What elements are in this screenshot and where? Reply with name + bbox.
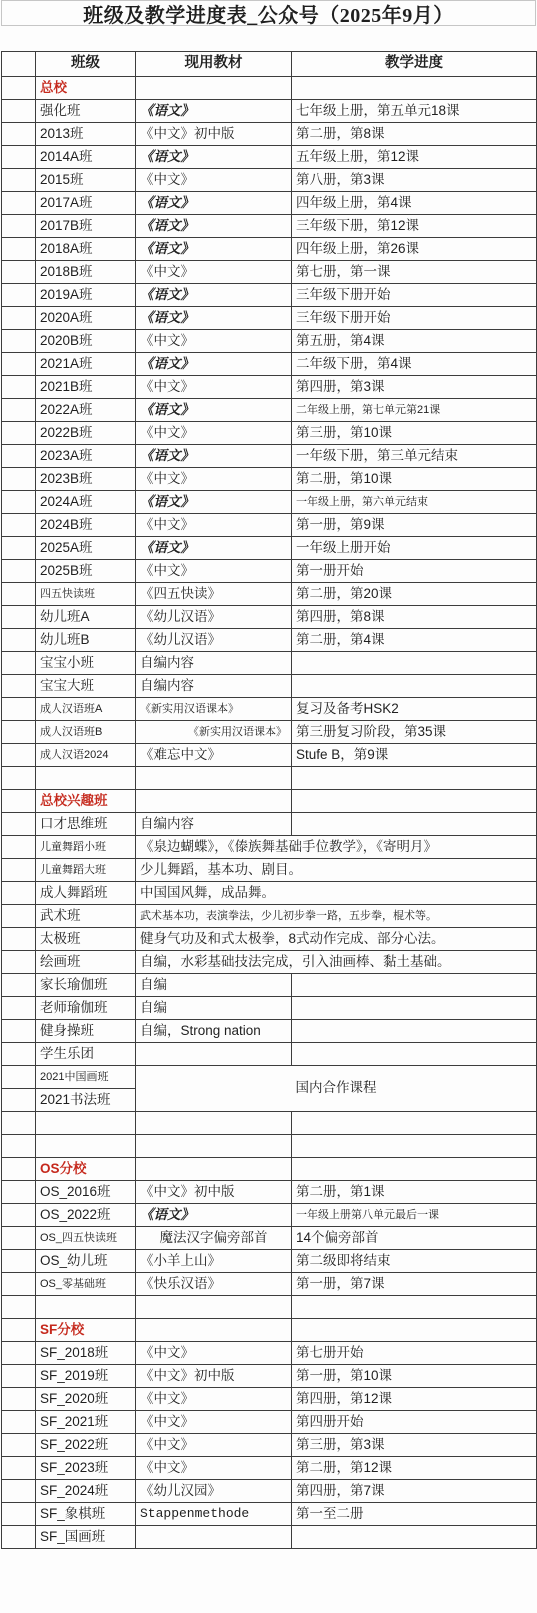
textbook-cell	[136, 1135, 292, 1158]
row-edge-cell	[2, 192, 36, 215]
table-row: 2022B班《中文》第三册，第10课	[2, 422, 537, 445]
table-row: SF_2021班《中文》第四册开始	[2, 1411, 537, 1434]
textbook-cell: 《中文》	[136, 376, 292, 399]
textbook-cell: 《语文》	[136, 215, 292, 238]
textbook-cell: 魔法汉字偏旁部首	[136, 1227, 292, 1250]
row-edge-cell	[2, 399, 36, 422]
table-row: SF_2024班《幼儿汉园》第四册，第7课	[2, 1480, 537, 1503]
textbook-cell: 自编内容	[136, 675, 292, 698]
table-row: 2025A班《语文》一年级上册开始	[2, 537, 537, 560]
class-name-cell	[36, 1296, 136, 1319]
section-row: 总校	[2, 77, 537, 100]
progress-cell: 第四册开始	[292, 1411, 537, 1434]
class-name-cell: 2024B班	[36, 514, 136, 537]
row-edge-cell	[2, 468, 36, 491]
row-edge-cell	[2, 767, 36, 790]
row-edge-cell	[2, 123, 36, 146]
class-name-cell: 2024A班	[36, 491, 136, 514]
textbook-cell: 自编，Strong nation	[136, 1020, 292, 1043]
row-edge-cell	[2, 905, 36, 928]
spacer-row	[2, 1112, 537, 1135]
textbook-cell: 《语文》	[136, 445, 292, 468]
class-name-cell: SF_2019班	[36, 1365, 136, 1388]
class-name-cell: 幼儿班B	[36, 629, 136, 652]
progress-cell: 第二册，第20课	[292, 583, 537, 606]
class-name-cell: 儿童舞蹈小班	[36, 836, 136, 859]
textbook-cell: 《新实用汉语课本》	[136, 698, 292, 721]
textbook-cell: 《难忘中文》	[136, 744, 292, 767]
table-row: SF_国画班	[2, 1526, 537, 1549]
class-name-cell: SF_2022班	[36, 1434, 136, 1457]
table-body: 总校强化班《语文》七年级上册，第五单元18课2013班《中文》初中版第二册，第8…	[2, 77, 537, 1549]
progress-cell	[292, 1135, 537, 1158]
row-edge-cell	[2, 514, 36, 537]
table-row: 2024B班《中文》第一册，第9课	[2, 514, 537, 537]
row-edge-cell	[2, 445, 36, 468]
class-name-cell: 健身操班	[36, 1020, 136, 1043]
progress-cell: 一年级上册，第六单元结束	[292, 491, 537, 514]
class-name-cell: OS_四五快读班	[36, 1227, 136, 1250]
row-edge-cell	[2, 1181, 36, 1204]
row-edge-cell	[2, 1296, 36, 1319]
textbook-cell: 《语文》	[136, 100, 292, 123]
progress-cell: 第八册，第3课	[292, 169, 537, 192]
textbook-cell: 《中文》	[136, 1411, 292, 1434]
textbook-cell: 《幼儿汉语》	[136, 606, 292, 629]
row-edge-cell	[2, 1043, 36, 1066]
class-name-cell: OS_2022班	[36, 1204, 136, 1227]
progress-cell: 第二册，第1课	[292, 1181, 537, 1204]
table-row: 2013班《中文》初中版第二册，第8课	[2, 123, 537, 146]
class-name-cell	[36, 1135, 136, 1158]
progress-table: 班级 现用教材 教学进度 总校强化班《语文》七年级上册，第五单元18课2013班…	[1, 51, 537, 1549]
textbook-cell	[136, 1112, 292, 1135]
table-row: 成人舞蹈班中国国风舞，成品舞。	[2, 882, 537, 905]
class-name-cell: SF_2021班	[36, 1411, 136, 1434]
progress-cell	[292, 767, 537, 790]
merged-content-cell: 少儿舞蹈，基本功、剧目。	[136, 859, 537, 882]
textbook-cell: 《中文》初中版	[136, 123, 292, 146]
progress-cell	[292, 77, 537, 100]
class-name-cell: 成人汉语班B	[36, 721, 136, 744]
merged-content-cell: 自编，水彩基础技法完成，引入油画棒、黏土基础。	[136, 951, 537, 974]
class-name-cell: 2017A班	[36, 192, 136, 215]
row-edge-cell	[2, 560, 36, 583]
class-name-cell: 2022B班	[36, 422, 136, 445]
row-edge-cell	[2, 100, 36, 123]
textbook-cell: 《四五快读》	[136, 583, 292, 606]
progress-cell	[292, 1296, 537, 1319]
row-edge-cell	[2, 1089, 36, 1112]
row-edge-cell	[2, 1250, 36, 1273]
row-edge-cell	[2, 997, 36, 1020]
class-name-cell: 2021书法班	[36, 1089, 136, 1112]
textbook-cell: 《语文》	[136, 1204, 292, 1227]
class-name-cell: 成人汉语2024	[36, 744, 136, 767]
spacer-row	[2, 1296, 537, 1319]
row-edge-cell	[2, 422, 36, 445]
table-row: SF_2022班《中文》第三册，第3课	[2, 1434, 537, 1457]
textbook-cell: 《语文》	[136, 192, 292, 215]
class-name-cell: 2025B班	[36, 560, 136, 583]
row-edge-cell	[2, 882, 36, 905]
class-name-cell: 2020A班	[36, 307, 136, 330]
table-row: 宝宝小班自编内容	[2, 652, 537, 675]
textbook-cell: 《幼儿汉园》	[136, 1480, 292, 1503]
table-row: 2024A班《语文》一年级上册，第六单元结束	[2, 491, 537, 514]
row-edge-cell	[2, 77, 36, 100]
table-header: 班级 现用教材 教学进度	[2, 52, 537, 77]
row-edge-cell	[2, 1457, 36, 1480]
table-row: OS_四五快读班魔法汉字偏旁部首14个偏旁部首	[2, 1227, 537, 1250]
table-row: 幼儿班A《幼儿汉语》第四册，第8课	[2, 606, 537, 629]
table-row: 四五快读班《四五快读》第二册，第20课	[2, 583, 537, 606]
row-edge-cell	[2, 1135, 36, 1158]
progress-cell: 二年级上册，第七单元第21课	[292, 399, 537, 422]
textbook-cell: 《语文》	[136, 491, 292, 514]
class-name-cell: 宝宝小班	[36, 652, 136, 675]
class-name-cell: 2025A班	[36, 537, 136, 560]
class-name-cell: OS_幼儿班	[36, 1250, 136, 1273]
row-edge-cell	[2, 169, 36, 192]
progress-cell	[292, 813, 537, 836]
section-row: SF分校	[2, 1319, 537, 1342]
class-name-cell: 强化班	[36, 100, 136, 123]
table-row: 2022A班《语文》二年级上册，第七单元第21课	[2, 399, 537, 422]
table-row: SF_2023班《中文》第二册，第12课	[2, 1457, 537, 1480]
class-name-cell: 绘画班	[36, 951, 136, 974]
table-row: 家长瑜伽班自编	[2, 974, 537, 997]
table-row: OS_幼儿班《小羊上山》第二级即将结束	[2, 1250, 537, 1273]
progress-cell	[292, 1043, 537, 1066]
table-row: 幼儿班B《幼儿汉语》第二册，第4课	[2, 629, 537, 652]
row-edge-cell	[2, 790, 36, 813]
class-name-cell: 2021中国画班	[36, 1066, 136, 1089]
class-name-cell: 2023A班	[36, 445, 136, 468]
textbook-cell: 《中文》初中版	[136, 1365, 292, 1388]
class-name-cell: OS_2016班	[36, 1181, 136, 1204]
textbook-cell	[136, 1296, 292, 1319]
progress-cell	[292, 652, 537, 675]
table-row: 学生乐团	[2, 1043, 537, 1066]
table-row: 老师瑜伽班自编	[2, 997, 537, 1020]
row-edge-cell	[2, 721, 36, 744]
header-progress-column: 教学进度	[292, 52, 537, 77]
table-row: 2019A班《语文》三年级下册开始	[2, 284, 537, 307]
row-edge-cell	[2, 215, 36, 238]
row-edge-cell	[2, 1365, 36, 1388]
progress-cell: 二年级下册，第4课	[292, 353, 537, 376]
title-table-gap	[1, 26, 536, 51]
textbook-cell: 《中文》	[136, 1434, 292, 1457]
class-name-cell: SF_国画班	[36, 1526, 136, 1549]
class-name-cell: SF_2020班	[36, 1388, 136, 1411]
class-name-cell: 2013班	[36, 123, 136, 146]
row-edge-cell	[2, 836, 36, 859]
row-edge-cell	[2, 1388, 36, 1411]
textbook-cell: 《中文》	[136, 422, 292, 445]
table-row: 2021B班《中文》第四册，第3课	[2, 376, 537, 399]
header-edge-cell	[2, 52, 36, 77]
table-row: 成人汉语班A《新实用汉语课本》复习及备考HSK2	[2, 698, 537, 721]
merged-content-cell: 中国国风舞，成品舞。	[136, 882, 537, 905]
table-row: 成人汉语班B《新实用汉语课本》第三册复习阶段，第35课	[2, 721, 537, 744]
class-name-cell: 2019A班	[36, 284, 136, 307]
class-name-cell: 2015班	[36, 169, 136, 192]
table-row: 2014A班《语文》五年级上册，第12课	[2, 146, 537, 169]
progress-cell: 第一册，第9课	[292, 514, 537, 537]
progress-cell: 第二册，第12课	[292, 1457, 537, 1480]
table-row: 儿童舞蹈小班《泉边蝴蝶》，《傣族舞基础手位教学》，《寄明月》	[2, 836, 537, 859]
section-label-cell: OS分校	[36, 1158, 136, 1181]
row-edge-cell	[2, 606, 36, 629]
row-edge-cell	[2, 1411, 36, 1434]
section-row: OS分校	[2, 1158, 537, 1181]
textbook-cell: 《语文》	[136, 146, 292, 169]
table-row: SF_2018班《中文》第七册开始	[2, 1342, 537, 1365]
row-edge-cell	[2, 813, 36, 836]
row-edge-cell	[2, 1204, 36, 1227]
progress-cell: 第一册，第10课	[292, 1365, 537, 1388]
class-name-cell: 学生乐团	[36, 1043, 136, 1066]
textbook-cell: 自编	[136, 974, 292, 997]
merged-content-cell: 武术基本功，表演拳法，少儿初步拳一路，五步拳，棍术等。	[136, 905, 537, 928]
row-edge-cell	[2, 261, 36, 284]
textbook-cell: 《语文》	[136, 284, 292, 307]
row-edge-cell	[2, 1526, 36, 1549]
section-label-cell: SF分校	[36, 1319, 136, 1342]
textbook-cell: 《中文》	[136, 1457, 292, 1480]
progress-cell	[292, 1526, 537, 1549]
class-name-cell: SF_2018班	[36, 1342, 136, 1365]
progress-table-page: 班级及教学进度表_公众号（2025年9月） 班级 现用教材 教学进度 总校强化班…	[0, 0, 537, 1613]
section-row: 总校兴趣班	[2, 790, 537, 813]
class-name-cell: 2023B班	[36, 468, 136, 491]
row-edge-cell	[2, 928, 36, 951]
row-edge-cell	[2, 376, 36, 399]
class-name-cell: 家长瑜伽班	[36, 974, 136, 997]
group-merged-cell: 国内合作课程	[136, 1066, 537, 1112]
row-edge-cell	[2, 698, 36, 721]
progress-cell	[292, 675, 537, 698]
row-edge-cell	[2, 330, 36, 353]
class-name-cell: 成人舞蹈班	[36, 882, 136, 905]
textbook-cell: 《中文》	[136, 560, 292, 583]
progress-cell	[292, 997, 537, 1020]
row-edge-cell	[2, 1342, 36, 1365]
progress-cell: 一年级上册第八单元最后一课	[292, 1204, 537, 1227]
textbook-cell: 《幼儿汉语》	[136, 629, 292, 652]
textbook-cell	[136, 77, 292, 100]
table-row: 口才思维班自编内容	[2, 813, 537, 836]
row-edge-cell	[2, 951, 36, 974]
progress-cell: 第二册，第4课	[292, 629, 537, 652]
row-edge-cell	[2, 146, 36, 169]
textbook-cell: 《语文》	[136, 537, 292, 560]
class-name-cell: 宝宝大班	[36, 675, 136, 698]
progress-cell: 第四册，第3课	[292, 376, 537, 399]
table-row: 2017B班《语文》三年级下册，第12课	[2, 215, 537, 238]
progress-cell: 三年级下册开始	[292, 284, 537, 307]
row-edge-cell	[2, 1434, 36, 1457]
textbook-cell: 自编内容	[136, 652, 292, 675]
row-edge-cell	[2, 652, 36, 675]
table-row: 2023A班《语文》一年级下册，第三单元结束	[2, 445, 537, 468]
row-edge-cell	[2, 1227, 36, 1250]
class-name-cell: 2018A班	[36, 238, 136, 261]
progress-cell: 第三册，第3课	[292, 1434, 537, 1457]
table-row: 2017A班《语文》四年级上册，第4课	[2, 192, 537, 215]
textbook-cell: 《语文》	[136, 353, 292, 376]
class-name-cell	[36, 767, 136, 790]
progress-cell: 第一册，第7课	[292, 1273, 537, 1296]
table-row: OS_2016班《中文》初中版第二册，第1课	[2, 1181, 537, 1204]
progress-cell: 三年级下册，第12课	[292, 215, 537, 238]
progress-cell	[292, 790, 537, 813]
table-row: SF_2019班《中文》初中版第一册，第10课	[2, 1365, 537, 1388]
class-name-cell: 2018B班	[36, 261, 136, 284]
table-row: 2023B班《中文》第二册，第10课	[2, 468, 537, 491]
table-row: 强化班《语文》七年级上册，第五单元18课	[2, 100, 537, 123]
table-row: 2018B班《中文》第七册，第一课	[2, 261, 537, 284]
row-edge-cell	[2, 1020, 36, 1043]
textbook-cell: 《中文》	[136, 514, 292, 537]
table-row: 宝宝大班自编内容	[2, 675, 537, 698]
section-label-cell: 总校兴趣班	[36, 790, 136, 813]
row-edge-cell	[2, 1480, 36, 1503]
table-row: 儿童舞蹈大班少儿舞蹈，基本功、剧目。	[2, 859, 537, 882]
class-name-cell: 口才思维班	[36, 813, 136, 836]
progress-cell	[292, 1020, 537, 1043]
textbook-cell: 《语文》	[136, 307, 292, 330]
textbook-cell: 《中文》	[136, 1342, 292, 1365]
progress-cell: 四年级上册，第4课	[292, 192, 537, 215]
progress-cell: 第一册开始	[292, 560, 537, 583]
progress-cell: 第三册复习阶段，第35课	[292, 721, 537, 744]
textbook-cell	[136, 1526, 292, 1549]
class-name-cell: 成人汉语班A	[36, 698, 136, 721]
row-edge-cell	[2, 744, 36, 767]
progress-cell	[292, 974, 537, 997]
textbook-cell: 自编	[136, 997, 292, 1020]
progress-cell: 复习及备考HSK2	[292, 698, 537, 721]
row-edge-cell	[2, 284, 36, 307]
progress-cell: 五年级上册，第12课	[292, 146, 537, 169]
table-row: 2025B班《中文》第一册开始	[2, 560, 537, 583]
table-row: 2021中国画班国内合作课程	[2, 1066, 537, 1089]
table-row: 太极班健身气功及和式太极拳，8式动作完成、部分心法。	[2, 928, 537, 951]
table-row: 成人汉语2024《难忘中文》Stufe B，第9课	[2, 744, 537, 767]
progress-cell: Stufe B，第9课	[292, 744, 537, 767]
row-edge-cell	[2, 859, 36, 882]
row-edge-cell	[2, 537, 36, 560]
table-row: SF_象棋班Stappenmethode第一至二册	[2, 1503, 537, 1526]
class-name-cell: 2022A班	[36, 399, 136, 422]
textbook-cell: 《中文》	[136, 468, 292, 491]
table-row: SF_2020班《中文》第四册，第12课	[2, 1388, 537, 1411]
progress-cell: 四年级上册，第26课	[292, 238, 537, 261]
textbook-cell: 《中文》	[136, 261, 292, 284]
progress-cell: 第四册，第8课	[292, 606, 537, 629]
row-edge-cell	[2, 1066, 36, 1089]
progress-cell	[292, 1112, 537, 1135]
progress-cell: 第四册，第7课	[292, 1480, 537, 1503]
row-edge-cell	[2, 353, 36, 376]
spacer-row	[2, 1135, 537, 1158]
class-name-cell: 儿童舞蹈大班	[36, 859, 136, 882]
table-row: OS_零基础班《快乐汉语》第一册，第7课	[2, 1273, 537, 1296]
table-row: 健身操班自编，Strong nation	[2, 1020, 537, 1043]
class-name-cell: 2020B班	[36, 330, 136, 353]
table-row: 2021A班《语文》二年级下册，第4课	[2, 353, 537, 376]
textbook-cell	[136, 1319, 292, 1342]
class-name-cell: 老师瑜伽班	[36, 997, 136, 1020]
progress-cell: 第二册，第10课	[292, 468, 537, 491]
textbook-cell: 《小羊上山》	[136, 1250, 292, 1273]
textbook-cell: 《快乐汉语》	[136, 1273, 292, 1296]
merged-content-cell: 《泉边蝴蝶》，《傣族舞基础手位教学》，《寄明月》	[136, 836, 537, 859]
progress-cell: 14个偏旁部首	[292, 1227, 537, 1250]
progress-cell: 一年级下册，第三单元结束	[292, 445, 537, 468]
table-row: 武术班武术基本功，表演拳法，少儿初步拳一路，五步拳，棍术等。	[2, 905, 537, 928]
class-name-cell: 太极班	[36, 928, 136, 951]
row-edge-cell	[2, 675, 36, 698]
progress-cell	[292, 1319, 537, 1342]
textbook-cell	[136, 1158, 292, 1181]
textbook-cell: 自编内容	[136, 813, 292, 836]
textbook-cell: 《语文》	[136, 238, 292, 261]
class-name-cell: 四五快读班	[36, 583, 136, 606]
table-row: OS_2022班《语文》一年级上册第八单元最后一课	[2, 1204, 537, 1227]
row-edge-cell	[2, 583, 36, 606]
class-name-cell: SF_象棋班	[36, 1503, 136, 1526]
class-name-cell: OS_零基础班	[36, 1273, 136, 1296]
spacer-row	[2, 767, 537, 790]
textbook-cell: 《中文》	[136, 169, 292, 192]
textbook-cell	[136, 767, 292, 790]
row-edge-cell	[2, 1158, 36, 1181]
textbook-cell: 《中文》初中版	[136, 1181, 292, 1204]
textbook-cell	[136, 790, 292, 813]
row-edge-cell	[2, 629, 36, 652]
class-name-cell: 2014A班	[36, 146, 136, 169]
progress-cell: 七年级上册，第五单元18课	[292, 100, 537, 123]
class-name-cell: 2021B班	[36, 376, 136, 399]
table-row: 2015班《中文》第八册，第3课	[2, 169, 537, 192]
class-name-cell	[36, 1112, 136, 1135]
textbook-cell: Stappenmethode	[136, 1503, 292, 1526]
header-class-column: 班级	[36, 52, 136, 77]
row-edge-cell	[2, 1319, 36, 1342]
row-edge-cell	[2, 238, 36, 261]
progress-cell: 一年级上册开始	[292, 537, 537, 560]
class-name-cell: SF_2023班	[36, 1457, 136, 1480]
progress-cell	[292, 1158, 537, 1181]
class-name-cell: SF_2024班	[36, 1480, 136, 1503]
row-edge-cell	[2, 1503, 36, 1526]
table-row: 2018A班《语文》四年级上册，第26课	[2, 238, 537, 261]
row-edge-cell	[2, 974, 36, 997]
table-row: 绘画班自编，水彩基础技法完成，引入油画棒、黏土基础。	[2, 951, 537, 974]
section-label-cell: 总校	[36, 77, 136, 100]
class-name-cell: 2021A班	[36, 353, 136, 376]
progress-cell: 第三册，第10课	[292, 422, 537, 445]
progress-cell: 第四册，第12课	[292, 1388, 537, 1411]
table-row: 2020B班《中文》第五册，第4课	[2, 330, 537, 353]
row-edge-cell	[2, 307, 36, 330]
textbook-cell	[136, 1043, 292, 1066]
header-row: 班级 现用教材 教学进度	[2, 52, 537, 77]
